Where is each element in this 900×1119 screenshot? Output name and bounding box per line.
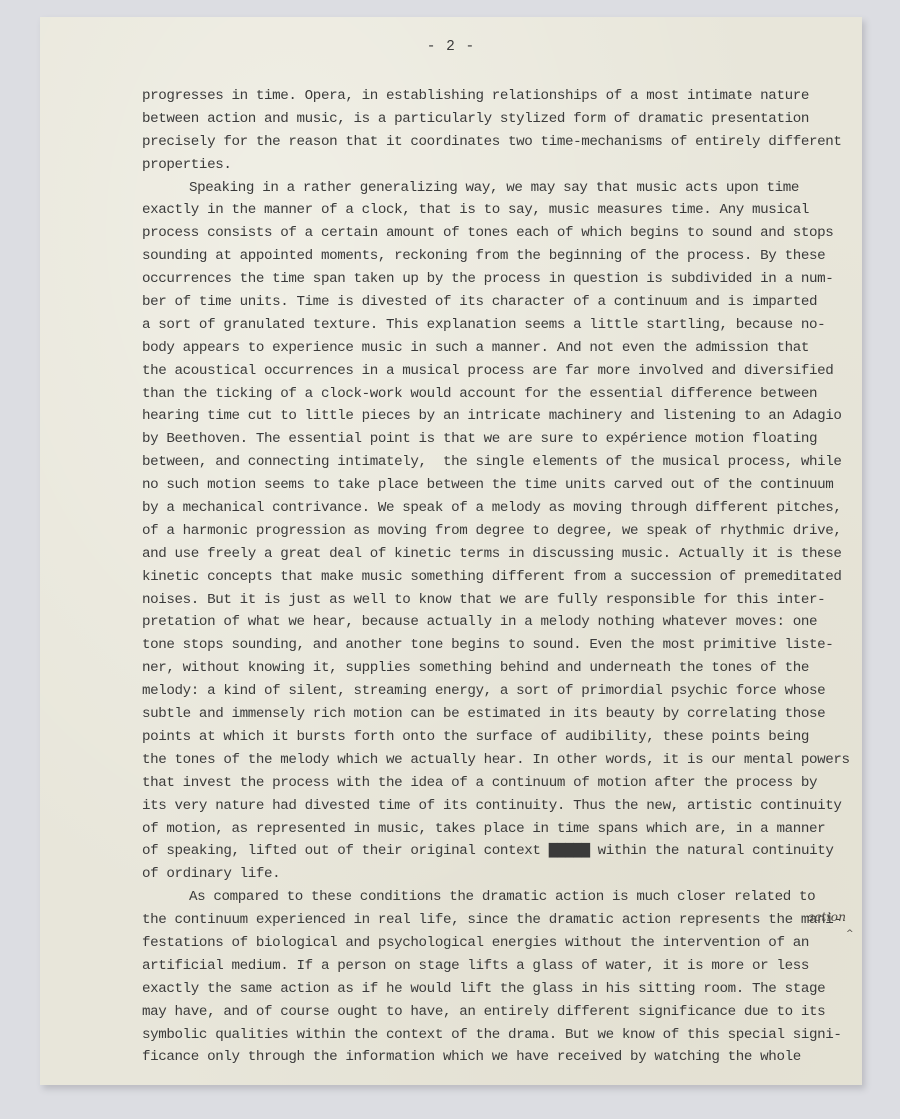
text-line: process consists of a certain amount of … [142, 222, 862, 245]
text-line: Speaking in a rather generalizing way, w… [142, 177, 862, 200]
text-line: artificial medium. If a person on stage … [142, 955, 862, 978]
text-line: precisely for the reason that it coordin… [142, 131, 862, 154]
text-line: a sort of granulated texture. This expla… [142, 314, 862, 337]
text-line: the acoustical occurrences in a musical … [142, 360, 862, 383]
text-line: tone stops sounding, and another tone be… [142, 634, 862, 657]
text-line: occurrences the time span taken up by th… [142, 268, 862, 291]
text-line: progresses in time. Opera, in establishi… [142, 85, 862, 108]
text-line: ner, without knowing it, supplies someth… [142, 657, 862, 680]
text-line: of motion, as represented in music, take… [142, 818, 862, 841]
text-line: of a harmonic progression as moving from… [142, 520, 862, 543]
text-line: the continuum experienced in real life, … [142, 909, 862, 932]
text-line: melody: a kind of silent, streaming ener… [142, 680, 862, 703]
text-line: between action and music, is a particula… [142, 108, 862, 131]
text-line: kinetic concepts that make music somethi… [142, 566, 862, 589]
text-line: symbolic qualities within the context of… [142, 1024, 862, 1047]
text-line: its very nature had divested time of its… [142, 795, 862, 818]
document-body: progresses in time. Opera, in establishi… [142, 85, 862, 1069]
text-line: and use freely a great deal of kinetic t… [142, 543, 862, 566]
page-number: - 2 - [40, 39, 862, 55]
paragraph-1: progresses in time. Opera, in establishi… [142, 85, 862, 177]
text-line: As compared to these conditions the dram… [142, 886, 862, 909]
insertion-caret-icon: ^ [846, 929, 854, 939]
text-line: properties. [142, 154, 862, 177]
text-line: than the ticking of a clock-work would a… [142, 383, 862, 406]
text-line: noises. But it is just as well to know t… [142, 589, 862, 612]
text-line: ficance only through the information whi… [142, 1046, 862, 1069]
text-line: exactly the same action as if he would l… [142, 978, 862, 1001]
text-line: festations of biological and psychologic… [142, 932, 862, 955]
document-page: - 2 - progresses in time. Opera, in esta… [40, 17, 862, 1085]
text-line: of ordinary life. [142, 863, 862, 886]
text-line: hearing time cut to little pieces by an … [142, 405, 862, 428]
text-line: exactly in the manner of a clock, that i… [142, 199, 862, 222]
text-line: pretation of what we hear, because actua… [142, 611, 862, 634]
text-line: of speaking, lifted out of their origina… [142, 840, 862, 863]
text-line: by a mechanical contrivance. We speak of… [142, 497, 862, 520]
text-line: by Beethoven. The essential point is tha… [142, 428, 862, 451]
text-line: that invest the process with the idea of… [142, 772, 862, 795]
text-line: subtle and immensely rich motion can be … [142, 703, 862, 726]
text-line: may have, and of course ought to have, a… [142, 1001, 862, 1024]
handwritten-annotation: action [807, 910, 846, 924]
text-line: sounding at appointed moments, reckoning… [142, 245, 862, 268]
text-line: points at which it bursts forth onto the… [142, 726, 862, 749]
paragraph-3: As compared to these conditions the dram… [142, 886, 862, 1069]
text-line: no such motion seems to take place betwe… [142, 474, 862, 497]
paragraph-2: Speaking in a rather generalizing way, w… [142, 177, 862, 887]
text-line: the tones of the melody which we actuall… [142, 749, 862, 772]
text-line: body appears to experience music in such… [142, 337, 862, 360]
text-line: ber of time units. Time is divested of i… [142, 291, 862, 314]
text-line: between, and connecting intimately, the … [142, 451, 862, 474]
